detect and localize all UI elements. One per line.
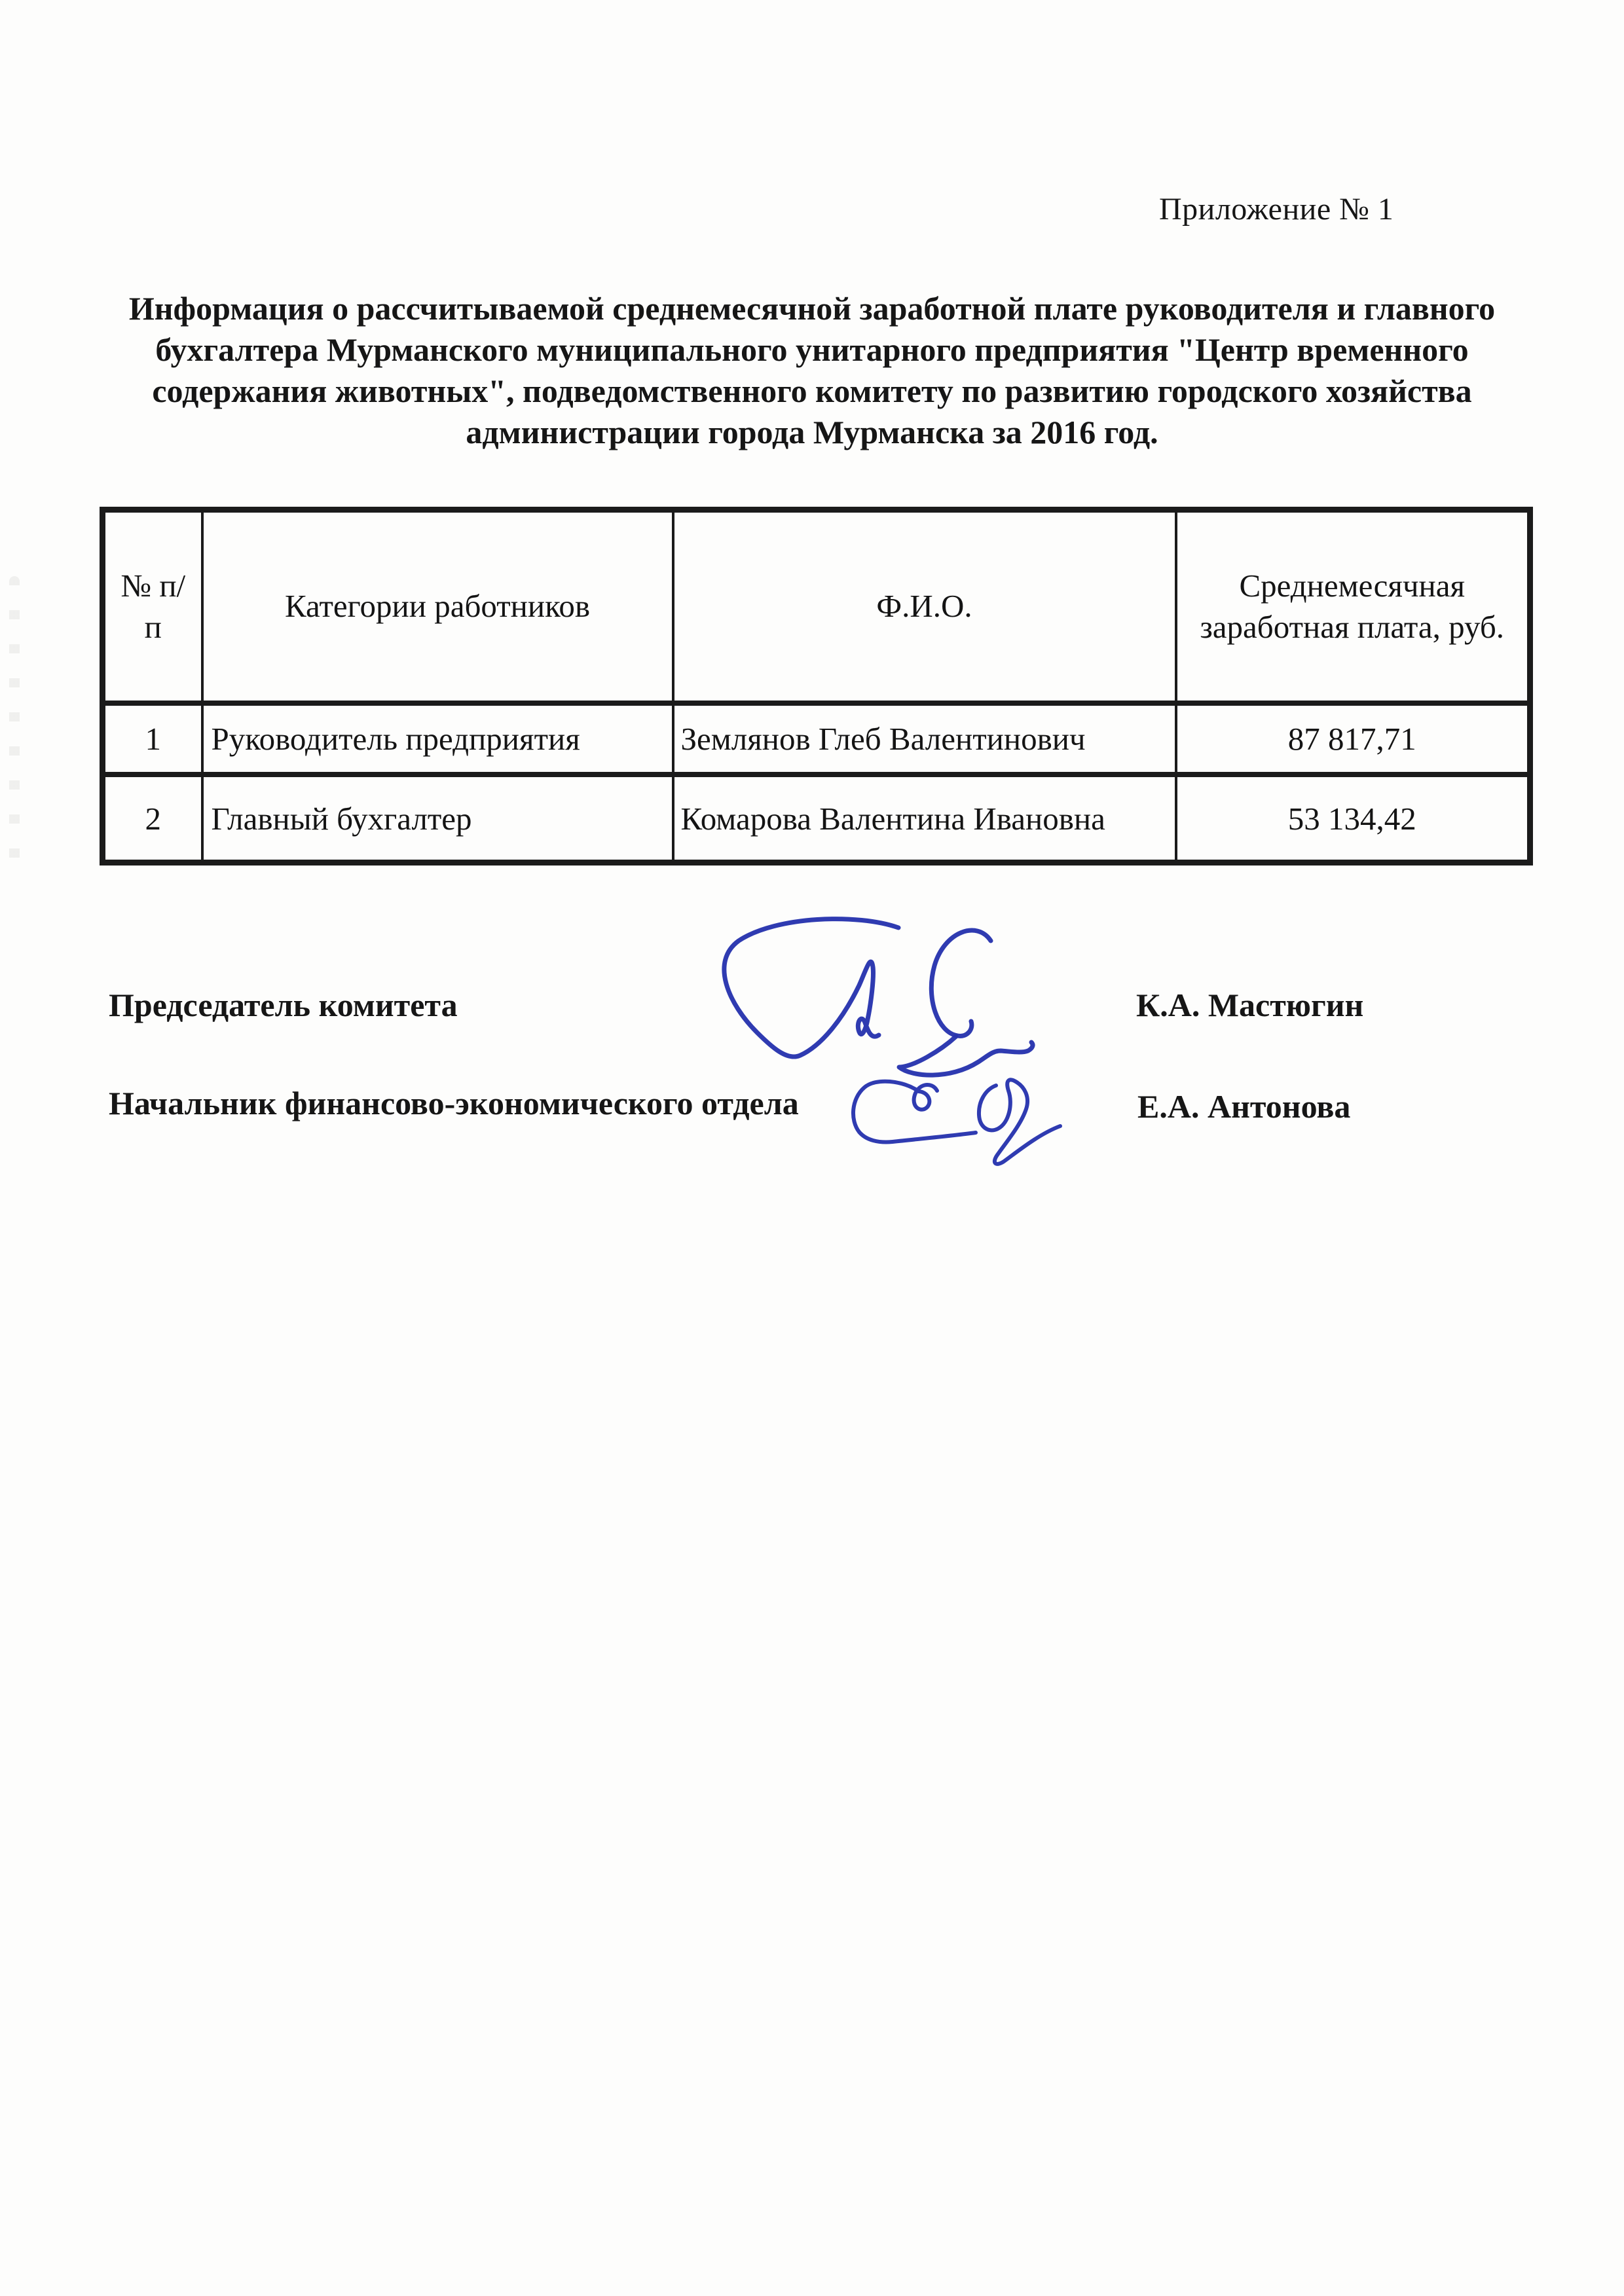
signature-name-finance-head: Е.А. Антонова [1137,1087,1350,1125]
table-cell-category: Главный бухгалтер [202,774,673,863]
table-cell-fio: Комарова Валентина Ивановна [673,774,1176,863]
document-page: Приложение № 1 Информация о рассчитываем… [0,0,1624,2296]
header-cell-num: № п/п [103,510,202,704]
header-cell-category: Категории работников [202,510,673,704]
title-line: Информация о рассчитываемой среднемесячн… [98,288,1526,329]
table-body: 1Руководитель предприятияЗемлянов Глеб В… [103,703,1530,863]
table-cell-fio: Землянов Глеб Валентинович [673,703,1176,774]
table-row: 2Главный бухгалтерКомарова Валентина Ива… [103,774,1530,863]
appendix-label: Приложение № 1 [1159,191,1393,227]
table-row: 1Руководитель предприятияЗемлянов Глеб В… [103,703,1530,774]
signature-ink-mastyugin [714,912,1041,1084]
document-title: Информация о рассчитываемой среднемесячн… [98,288,1526,453]
header-cell-fio: Ф.И.О. [673,510,1176,704]
title-line: бухгалтера Мурманского муниципального ун… [98,329,1526,371]
signature-position-chairman: Председатель комитета [109,986,458,1024]
table-cell-category: Руководитель предприятия [202,703,673,774]
table-cell-salary: 53 134,42 [1176,774,1530,863]
title-line: администрации города Мурманска за 2016 г… [98,412,1526,453]
scan-artifact [9,576,20,877]
table-header: № п/п Категории работников Ф.И.О. Средне… [103,510,1530,704]
table-cell-salary: 87 817,71 [1176,703,1530,774]
table-header-row: № п/п Категории работников Ф.И.О. Средне… [103,510,1530,704]
salary-table: № п/п Категории работников Ф.И.О. Средне… [100,507,1533,866]
signature-name-chairman: К.А. Мастюгин [1136,986,1363,1024]
table-cell-num: 2 [103,774,202,863]
title-line: содержания животных", подведомственного … [98,371,1526,412]
header-cell-salary: Среднемесячная заработная плата, руб. [1176,510,1530,704]
table-cell-num: 1 [103,703,202,774]
signature-position-finance-head: Начальник финансово-экономического отдел… [109,1084,799,1122]
signature-ink-antonova [840,1059,1076,1177]
